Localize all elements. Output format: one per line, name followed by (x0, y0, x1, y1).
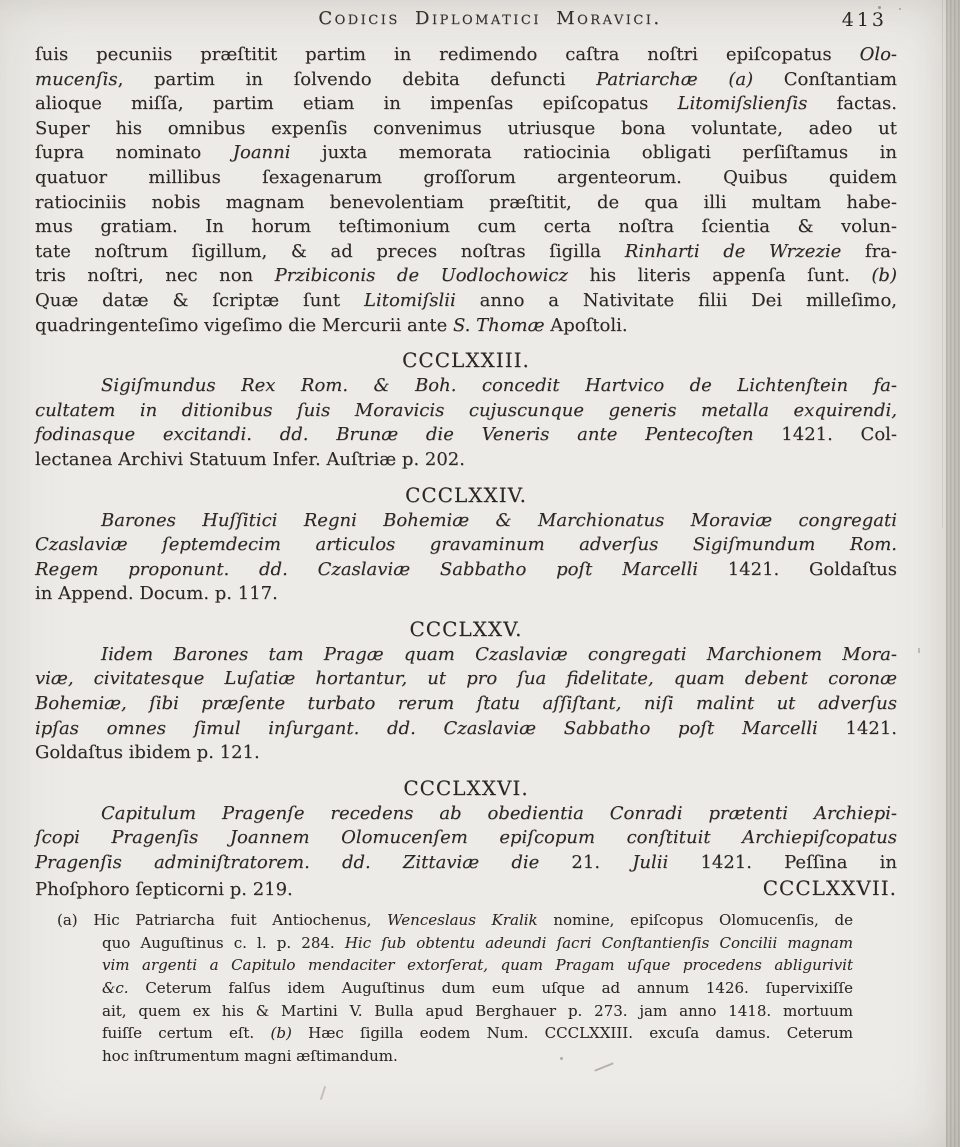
roman-text: ſupra nominato (35, 142, 233, 163)
line-text: Sigiſmundus Rex Rom. & Boh. concedit Har… (101, 375, 897, 396)
line-text: quadringenteſimo vigeſimo die Mercurii a… (35, 315, 628, 336)
scan-speckle (320, 1086, 326, 1100)
roman-text: Apoſtoli. (545, 315, 628, 336)
scan-speckle (918, 648, 920, 653)
roman-text: (a) Hic Patriarcha fuit Antiochenus, (57, 911, 387, 929)
text-line: Phoſphoro ſepticorni p. 219.CCCLXXVII. (35, 876, 897, 903)
roman-text: hoc inſtrumentum magni æſtimandum. (102, 1047, 398, 1065)
text-line: Iidem Barones tam Pragæ quam Czaslaviæ c… (35, 643, 897, 668)
section-abstract: Barones Huſſitici Regni Bohemiæ & Marchi… (35, 509, 897, 607)
text-line: ſupra nominato Joanni juxta memorata rat… (35, 141, 897, 166)
italic-text: Bohemiæ, ſibi præſente turbato rerum ſta… (35, 693, 897, 714)
text-line: &c. Ceterum falſus idem Auguſtinus dum e… (57, 977, 853, 1000)
roman-text: Col- (833, 424, 897, 445)
text-line: tris noſtri, nec non Przibiconis de Uodl… (35, 264, 897, 289)
roman-text: Goldaſtus (779, 559, 897, 580)
italic-text: mucenſis (35, 69, 118, 90)
line-text: ſuis pecuniis præſtitit partim in redime… (35, 44, 897, 65)
roman-text: Peſſina in (752, 852, 897, 873)
running-header: Codicis Diplomatici Moravici. 413 (35, 8, 897, 34)
roman-text: factas. (807, 93, 897, 114)
text-line: vim argenti a Capitulo mendaciter extorſ… (57, 954, 853, 977)
text-line: fuiſſe certum eſt. (b) Hæc ſigilla eodem… (57, 1022, 853, 1045)
text-line: mucenſis, partim in ſolvendo debita defu… (35, 68, 897, 93)
text-blocks: ſuis pecuniis præſtitit partim in redime… (35, 43, 897, 1067)
roman-text: quatuor millibus ſexagenarum groſſorum a… (35, 167, 897, 188)
line-text: hoc inſtrumentum magni æſtimandum. (102, 1047, 398, 1065)
italic-text: Litomiſslienſis (678, 93, 808, 114)
text-line: Czaslaviæ ſeptemdecim articulos gravamin… (35, 533, 897, 558)
roman-text: Hæc ſigilla eodem Num. CCCLXXIII. excuſa… (292, 1024, 853, 1042)
roman-text: 1421. (728, 559, 780, 580)
text-line: ſcopi Pragenſis Joannem Olomucenſem epiſ… (35, 826, 897, 851)
italic-text: (b) (271, 1024, 292, 1042)
text-line: fodinasque excitandi. dd. Brunæ die Vene… (35, 423, 897, 448)
text-line: Capitulum Pragenſe recedens ab obedienti… (35, 802, 897, 827)
text-line: Quæ datæ & ſcriptæ ſunt Litomiſslii anno… (35, 289, 897, 314)
italic-text: cultatem in ditionibus ſuis Moravicis cu… (35, 400, 897, 421)
line-text: mus gratiam. In horum teſtimonium cum ce… (35, 216, 897, 237)
text-line: Sigiſmundus Rex Rom. & Boh. concedit Har… (35, 374, 897, 399)
roman-text: his literis appenſa ſunt. (568, 265, 871, 286)
text-line: quadringenteſimo vigeſimo die Mercurii a… (35, 314, 897, 339)
next-section-heading: CCCLXXVII. (763, 876, 897, 901)
text-line: in Append. Docum. p. 117. (35, 582, 897, 607)
line-text: Pragenſis adminiſtratorem. dd. Zittaviæ … (35, 852, 897, 873)
italic-text: Olo- (860, 44, 897, 65)
text-line: lectanea Archivi Statuum Infer. Auſtriæ … (35, 448, 897, 473)
roman-text: Super his omnibus expenſis convenimus ut… (35, 118, 897, 139)
italic-text: Capitulum Pragenſe recedens ab obedienti… (101, 803, 897, 824)
roman-text: Conſtantiam (753, 69, 897, 90)
section-abstract: Iidem Barones tam Pragæ quam Czaslaviæ c… (35, 643, 897, 766)
scanned-book-page: Codicis Diplomatici Moravici. 413 ſuis p… (0, 0, 960, 1147)
line-text: vim argenti a Capitulo mendaciter extorſ… (102, 956, 853, 974)
line-text: viæ, civitatesque Luſatiæ hortantur, ut … (35, 668, 897, 689)
roman-text: ratiociniis nobis magnam benevolentiam p… (35, 192, 897, 213)
text-line: Regem proponunt. dd. Czaslaviæ Sabbatho … (35, 558, 897, 583)
line-text: Goldaſtus ibidem p. 121. (35, 742, 260, 763)
text-line: Barones Huſſitici Regni Bohemiæ & Marchi… (35, 509, 897, 534)
line-text: Czaslaviæ ſeptemdecim articulos gravamin… (35, 534, 897, 555)
italic-text: ipſas omnes ſimul inſurgant. dd. Czaslav… (35, 718, 845, 739)
roman-text: Quæ datæ & ſcriptæ ſunt (35, 290, 364, 311)
roman-text: quadringenteſimo vigeſimo die Mercurii a… (35, 315, 453, 336)
roman-text: CCCLXXVII. (763, 876, 897, 900)
text-line: alioque miſſa, partim etiam in impenſas … (35, 92, 897, 117)
text-line: quo Auguſtinus c. l. p. 284. Hic ſub obt… (57, 932, 853, 955)
italic-text: Pragenſis adminiſtratorem. dd. Zittaviæ … (35, 852, 571, 873)
roman-text: 1421. (845, 718, 897, 739)
line-text: Phoſphoro ſepticorni p. 219. (35, 878, 293, 903)
section-heading: CCCLXXV. (35, 617, 897, 642)
italic-text: Regem proponunt. dd. Czaslaviæ Sabbatho … (35, 559, 728, 580)
line-text: ait, quem ex his & Martini V. Bulla apud… (102, 1002, 853, 1020)
line-text: ipſas omnes ſimul inſurgant. dd. Czaslav… (35, 718, 897, 739)
scan-edge-artifact (946, 0, 960, 1147)
line-text: Capitulum Pragenſe recedens ab obedienti… (101, 803, 897, 824)
italic-text: S. Thomæ (453, 315, 545, 336)
roman-text: alioque miſſa, partim etiam in impenſas … (35, 93, 678, 114)
footnotes: (a) Hic Patriarcha fuit Antiochenus, Wen… (57, 909, 853, 1067)
roman-text: 1421. (700, 852, 752, 873)
line-text: Regem proponunt. dd. Czaslaviæ Sabbatho … (35, 559, 897, 580)
roman-text: ſuis pecuniis præſtitit partim in redime… (35, 44, 860, 65)
scan-fold-line (942, 0, 943, 528)
roman-text: ait, quem ex his & Martini V. Bulla apud… (102, 1002, 853, 1020)
line-text: cultatem in ditionibus ſuis Moravicis cu… (35, 400, 897, 421)
italic-text: fodinasque excitandi. dd. Brunæ die Vene… (35, 424, 781, 445)
line-text: Barones Huſſitici Regni Bohemiæ & Marchi… (101, 510, 897, 531)
roman-text: nomine, epiſcopus Olomucenſis, de (538, 911, 853, 929)
line-text: Quæ datæ & ſcriptæ ſunt Litomiſslii anno… (35, 290, 897, 311)
text-line: ait, quem ex his & Martini V. Bulla apud… (57, 1000, 853, 1023)
section-heading: CCCLXXIII. (35, 348, 897, 373)
line-text: mucenſis, partim in ſolvendo debita defu… (35, 69, 897, 90)
line-text: ſcopi Pragenſis Joannem Olomucenſem epiſ… (35, 827, 897, 848)
roman-text: Ceterum falſus idem Auguſtinus dum eum u… (129, 979, 853, 997)
italic-text: Wenceslaus Kralik (387, 911, 538, 929)
section-heading: CCCLXXIV. (35, 483, 897, 508)
italic-text: Sigiſmundus Rex Rom. & Boh. concedit Har… (101, 375, 897, 396)
roman-text: Phoſphoro ſepticorni p. 219. (35, 879, 293, 900)
text-line: quatuor millibus ſexagenarum groſſorum a… (35, 166, 897, 191)
section-abstract: Sigiſmundus Rex Rom. & Boh. concedit Har… (35, 374, 897, 472)
roman-text: mus gratiam. In horum teſtimonium cum ce… (35, 216, 897, 237)
italic-text: Czaslaviæ ſeptemdecim articulos gravamin… (35, 534, 897, 555)
italic-text: (b) (871, 265, 897, 286)
roman-text: tate noſtrum ſigillum, & ad preces noſtr… (35, 241, 625, 262)
roman-text: 21. (571, 852, 632, 873)
italic-text: Joanni (233, 142, 291, 163)
text-line: Pragenſis adminiſtratorem. dd. Zittaviæ … (35, 851, 897, 876)
italic-text: Rinharti de Wrzezie (625, 241, 842, 262)
text-line: (a) Hic Patriarcha fuit Antiochenus, Wen… (57, 909, 853, 932)
line-text: quo Auguſtinus c. l. p. 284. Hic ſub obt… (102, 934, 853, 952)
roman-text: fuiſſe certum eſt. (102, 1024, 271, 1042)
italic-text: Barones Huſſitici Regni Bohemiæ & Marchi… (101, 510, 897, 531)
roman-text: 1421. (781, 424, 833, 445)
italic-text: vim argenti a Capitulo mendaciter extorſ… (102, 956, 853, 974)
roman-text: Goldaſtus ibidem p. 121. (35, 742, 260, 763)
italic-text: Julii (632, 852, 700, 873)
line-text: (a) Hic Patriarcha fuit Antiochenus, Wen… (57, 911, 853, 929)
line-text: Iidem Barones tam Pragæ quam Czaslaviæ c… (101, 644, 897, 665)
line-text: tate noſtrum ſigillum, & ad preces noſtr… (35, 241, 897, 262)
line-text: tris noſtri, nec non Przibiconis de Uodl… (35, 265, 897, 286)
roman-text: anno a Nativitate filii Dei milleſimo, (456, 290, 897, 311)
line-text: quatuor millibus ſexagenarum groſſorum a… (35, 167, 897, 188)
roman-text: juxta memorata ratiocinia obligati perſi… (291, 142, 897, 163)
text-line: ipſas omnes ſimul inſurgant. dd. Czaslav… (35, 717, 897, 742)
line-text: &c. Ceterum falſus idem Auguſtinus dum e… (102, 979, 853, 997)
line-text: Bohemiæ, ſibi præſente turbato rerum ſta… (35, 693, 897, 714)
italic-text: Patriarchæ (a) (596, 69, 753, 90)
text-line: hoc inſtrumentum magni æſtimandum. (57, 1045, 853, 1068)
text-line: Bohemiæ, ſibi præſente turbato rerum ſta… (35, 692, 897, 717)
text-line: Goldaſtus ibidem p. 121. (35, 741, 897, 766)
text-line: tate noſtrum ſigillum, & ad preces noſtr… (35, 240, 897, 265)
italic-text: &c. (102, 979, 129, 997)
text-line: ſuis pecuniis præſtitit partim in redime… (35, 43, 897, 68)
italic-text: ſcopi Pragenſis Joannem Olomucenſem epiſ… (35, 827, 897, 848)
page-content: Codicis Diplomatici Moravici. 413 ſuis p… (35, 8, 897, 1067)
section-abstract: Capitulum Pragenſe recedens ab obedienti… (35, 802, 897, 902)
italic-text: Hic ſub obtentu adeundi ſacri Conſtantie… (345, 934, 853, 952)
roman-text: fra- (841, 241, 897, 262)
line-text: lectanea Archivi Statuum Infer. Auſtriæ … (35, 449, 465, 470)
text-line: Super his omnibus expenſis convenimus ut… (35, 117, 897, 142)
line-text: fuiſſe certum eſt. (b) Hæc ſigilla eodem… (102, 1024, 853, 1042)
line-text: ratiociniis nobis magnam benevolentiam p… (35, 192, 897, 213)
body-paragraph: ſuis pecuniis præſtitit partim in redime… (35, 43, 897, 338)
text-line: viæ, civitatesque Luſatiæ hortantur, ut … (35, 667, 897, 692)
header-title: Codicis Diplomatici Moravici. (59, 8, 921, 29)
text-line: mus gratiam. In horum teſtimonium cum ce… (35, 215, 897, 240)
line-text: ſupra nominato Joanni juxta memorata rat… (35, 142, 897, 163)
section-heading: CCCLXXVI. (35, 776, 897, 801)
text-line: ratiociniis nobis magnam benevolentiam p… (35, 191, 897, 216)
italic-text: viæ, civitatesque Luſatiæ hortantur, ut … (35, 668, 897, 689)
italic-text: Przibiconis de Uodlochowicz (275, 265, 568, 286)
line-text: in Append. Docum. p. 117. (35, 583, 278, 604)
roman-text: tris noſtri, nec non (35, 265, 275, 286)
roman-text: quo Auguſtinus c. l. p. 284. (102, 934, 345, 952)
line-text: alioque miſſa, partim etiam in impenſas … (35, 93, 897, 114)
text-line: cultatem in ditionibus ſuis Moravicis cu… (35, 399, 897, 424)
page-number: 413 (842, 9, 887, 31)
italic-text: Litomiſslii (364, 290, 456, 311)
roman-text: in Append. Docum. p. 117. (35, 583, 278, 604)
italic-text: Iidem Barones tam Pragæ quam Czaslaviæ c… (101, 644, 897, 665)
line-text: fodinasque excitandi. dd. Brunæ die Vene… (35, 424, 897, 445)
line-text: Super his omnibus expenſis convenimus ut… (35, 118, 897, 139)
roman-text: lectanea Archivi Statuum Infer. Auſtriæ … (35, 449, 465, 470)
roman-text: , partim in ſolvendo debita defuncti (118, 69, 596, 90)
